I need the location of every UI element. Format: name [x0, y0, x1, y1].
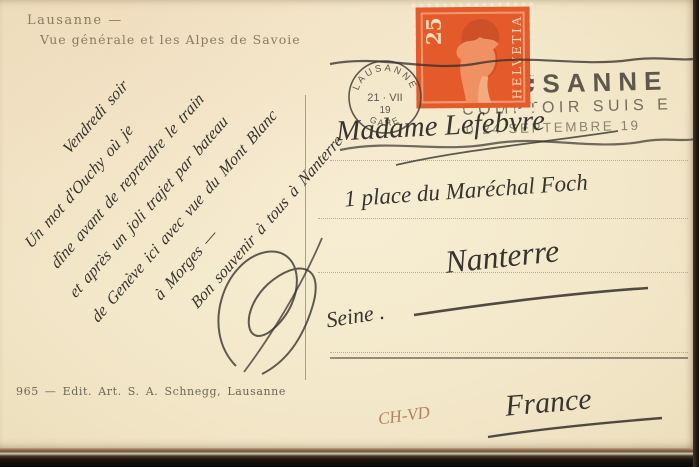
address-street: 1 place du Maréchal Foch	[343, 170, 588, 213]
stamp-figure-illustration	[438, 13, 511, 104]
card-stack-edge	[0, 448, 694, 467]
address-department: Seine .	[324, 299, 386, 334]
address-rule-bold	[330, 357, 688, 359]
address-country: France	[504, 382, 593, 423]
address-rule	[330, 352, 688, 353]
postcard-back: Lausanne — Vue générale et les Alpes de …	[0, 0, 694, 449]
address-rule	[330, 160, 688, 161]
address-city: Nanterre	[443, 232, 561, 281]
postcard-photo: Lausanne — Vue générale et les Alpes de …	[0, 0, 699, 467]
stamp-country: HELVETIA	[510, 15, 525, 100]
printed-title: Lausanne —	[27, 13, 123, 28]
address-rule	[318, 218, 688, 219]
photo-background-edge	[693, 0, 699, 467]
publisher-credit: 965 — Edit. Art. S. A. Schnegg, Lausanne	[16, 385, 286, 398]
region-note: CH-VD	[377, 402, 431, 429]
